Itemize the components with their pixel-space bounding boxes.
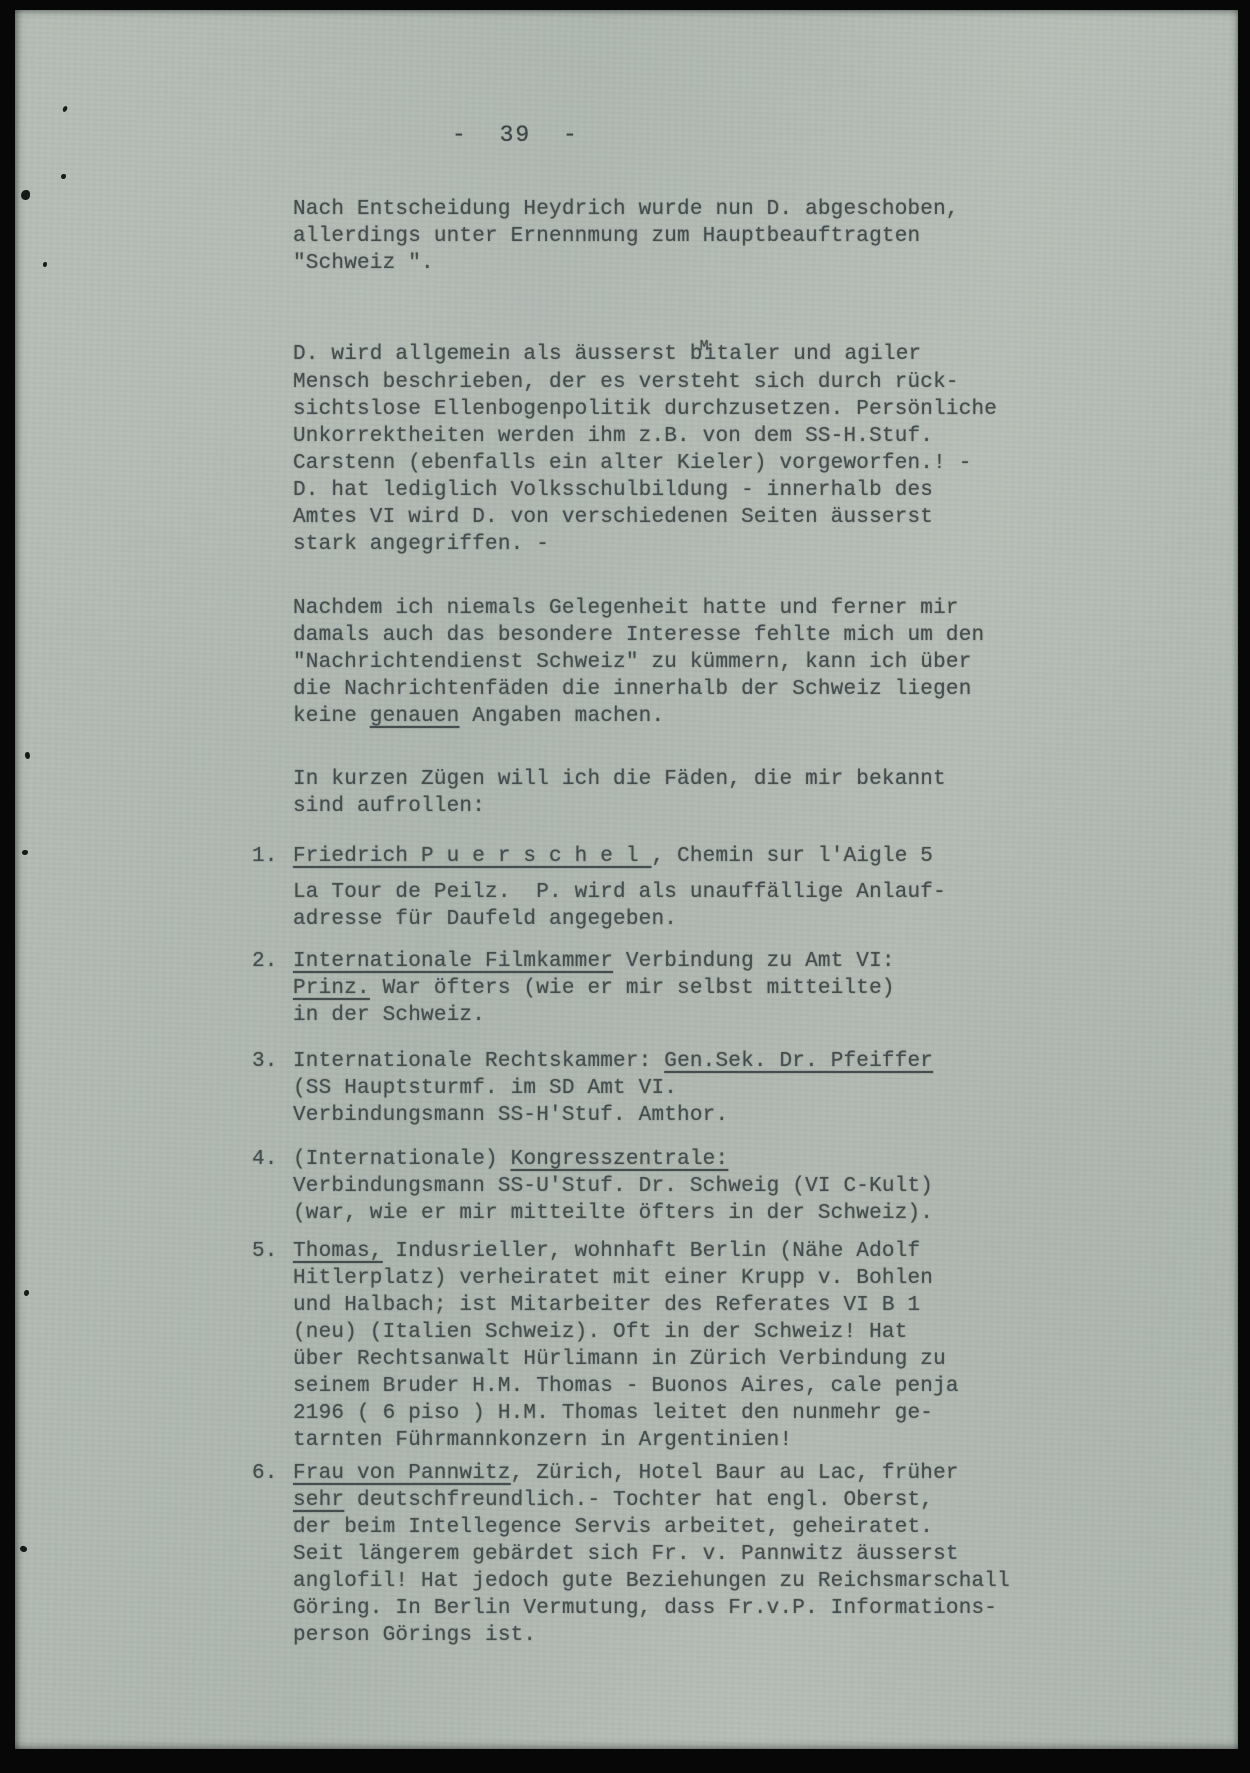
paper-speck	[22, 850, 28, 855]
text-line: Verbindungsmann SS-U'Stuf. Dr. Schweig (…	[293, 1173, 1083, 1200]
text-line: Nachdem ich niemals Gelegenheit hatte un…	[293, 595, 1083, 622]
text-line: und Halbach; ist Mitarbeiter des Referat…	[293, 1292, 1083, 1319]
text-line: (Internationale) Kongresszentrale:	[293, 1146, 1083, 1173]
text-line: sehr deutschfreundlich.- Tochter hat eng…	[293, 1487, 1083, 1514]
text-line: stark angegriffen. -	[293, 531, 1083, 558]
text-line: seinem Bruder H.M. Thomas - Buonos Aires…	[293, 1373, 1083, 1400]
text-line: allerdings unter Ernennmung zum Hauptbea…	[293, 223, 1083, 250]
list-number: 4.	[252, 1146, 278, 1173]
text-line: (war, wie er mir mitteilte öfters in der…	[293, 1200, 1083, 1227]
text-line: 2196 ( 6 piso ) H.M. Thomas leitet den n…	[293, 1400, 1083, 1427]
text-line: der beim Intellegence Servis arbeitet, g…	[293, 1514, 1083, 1541]
text-line: In kurzen Zügen will ich die Fäden, die …	[293, 766, 1083, 793]
text-line: (neu) (Italien Schweiz). Oft in der Schw…	[293, 1319, 1083, 1346]
text-line: Hitlerplatz) verheiratet mit einer Krupp…	[293, 1265, 1083, 1292]
text-line: über Rechtsanwalt Hürlimann in Zürich Ve…	[293, 1346, 1083, 1373]
text-line: Internationale Rechtskammer: Gen.Sek. Dr…	[293, 1048, 1083, 1075]
list-item-6: 6.Frau von Pannwitz, Zürich, Hotel Baur …	[293, 1460, 1083, 1649]
typed-correction: M	[700, 338, 708, 355]
list-number: 2.	[252, 948, 278, 975]
paragraph-4-intro: In kurzen Zügen will ich die Fäden, die …	[293, 766, 1083, 820]
paper-speck	[62, 105, 68, 112]
paragraph-3: Nachdem ich niemals Gelegenheit hatte un…	[293, 595, 1083, 730]
text-line: sichtslose Ellenbogenpolitik durchzusetz…	[293, 396, 1083, 423]
list-number: 5.	[252, 1238, 278, 1265]
text-line: die Nachrichtenfäden die innerhalb der S…	[293, 676, 1083, 703]
list-number: 3.	[252, 1048, 278, 1075]
text-line: damals auch das besondere Interesse fehl…	[293, 622, 1083, 649]
text-line: D. hat lediglich Volksschulbildung - inn…	[293, 477, 1083, 504]
text-line: keine genauen Angaben machen.	[293, 703, 1083, 730]
list-item-5: 5.Thomas, Indusrieller, wohnhaft Berlin …	[293, 1238, 1083, 1454]
list-number: 6.	[252, 1460, 278, 1487]
text-line: sind aufrollen:	[293, 793, 1083, 820]
text-line: Friedrich P u e r s c h e l , Chemin sur…	[293, 843, 1083, 870]
paper-speck	[21, 190, 30, 200]
paragraph-1: Nach Entscheidung Heydrich wurde nun D. …	[293, 196, 1083, 277]
paper-speck	[19, 1545, 28, 1554]
text-line: tarnten Führmannkonzern in Argentinien!	[293, 1427, 1083, 1454]
scanned-document-page: { "document": { "page_number": "- 39 -",…	[0, 0, 1250, 1773]
text-line: "Schweiz ".	[293, 250, 1083, 277]
list-item-4: 4.(Internationale) Kongresszentrale:Verb…	[293, 1146, 1083, 1227]
text-line: "Nachrichtendienst Schweiz" zu kümmern, …	[293, 649, 1083, 676]
list-item-1: 1.Friedrich P u e r s c h e l , Chemin s…	[293, 843, 1083, 933]
text-line: (SS Hauptsturmf. im SD Amt VI.	[293, 1075, 1083, 1102]
text-line: Verbindungsmann SS-H'Stuf. Amthor.	[293, 1102, 1083, 1129]
text-line: Internationale Filmkammer Verbindung zu …	[293, 948, 1083, 975]
text-line: La Tour de Peilz. P. wird als unauffälli…	[293, 879, 1083, 906]
list-item-2: 2.Internationale Filmkammer Verbindung z…	[293, 948, 1083, 1029]
text-line: in der Schweiz.	[293, 1002, 1083, 1029]
list-number: 1.	[252, 843, 278, 870]
text-line: Amtes VI wird D. von verschiedenen Seite…	[293, 504, 1083, 531]
text-line: Nach Entscheidung Heydrich wurde nun D. …	[293, 196, 1083, 223]
text-line: anglofil! Hat jedoch gute Beziehungen zu…	[293, 1568, 1083, 1595]
text-line: D. wird allgemein als äusserst bMitaler …	[293, 341, 1083, 369]
paper-speck	[24, 1290, 29, 1296]
text-line: Göring. In Berlin Vermutung, dass Fr.v.P…	[293, 1595, 1083, 1622]
text-line: person Görings ist.	[293, 1622, 1083, 1649]
paper-speck	[43, 262, 47, 267]
text-line: Seit längerem gebärdet sich Fr. v. Pannw…	[293, 1541, 1083, 1568]
paper-speck	[24, 751, 31, 759]
paper-sheet: - 39 - Nach Entscheidung Heydrich wurde …	[15, 10, 1238, 1749]
page-number: - 39 -	[452, 122, 579, 148]
text-line: Thomas, Indusrieller, wohnhaft Berlin (N…	[293, 1238, 1083, 1265]
text-line: Prinz. War öfters (wie er mir selbst mit…	[293, 975, 1083, 1002]
text-line: Unkorrektheiten werden ihm z.B. von dem …	[293, 423, 1083, 450]
text-line: Frau von Pannwitz, Zürich, Hotel Baur au…	[293, 1460, 1083, 1487]
paragraph-2: D. wird allgemein als äusserst bMitaler …	[293, 341, 1083, 558]
text-line: Mensch beschrieben, der es versteht sich…	[293, 369, 1083, 396]
text-line: Carstenn (ebenfalls ein alter Kieler) vo…	[293, 450, 1083, 477]
paper-speck	[61, 174, 66, 179]
list-item-3: 3.Internationale Rechtskammer: Gen.Sek. …	[293, 1048, 1083, 1129]
text-line: adresse für Daufeld angegeben.	[293, 906, 1083, 933]
